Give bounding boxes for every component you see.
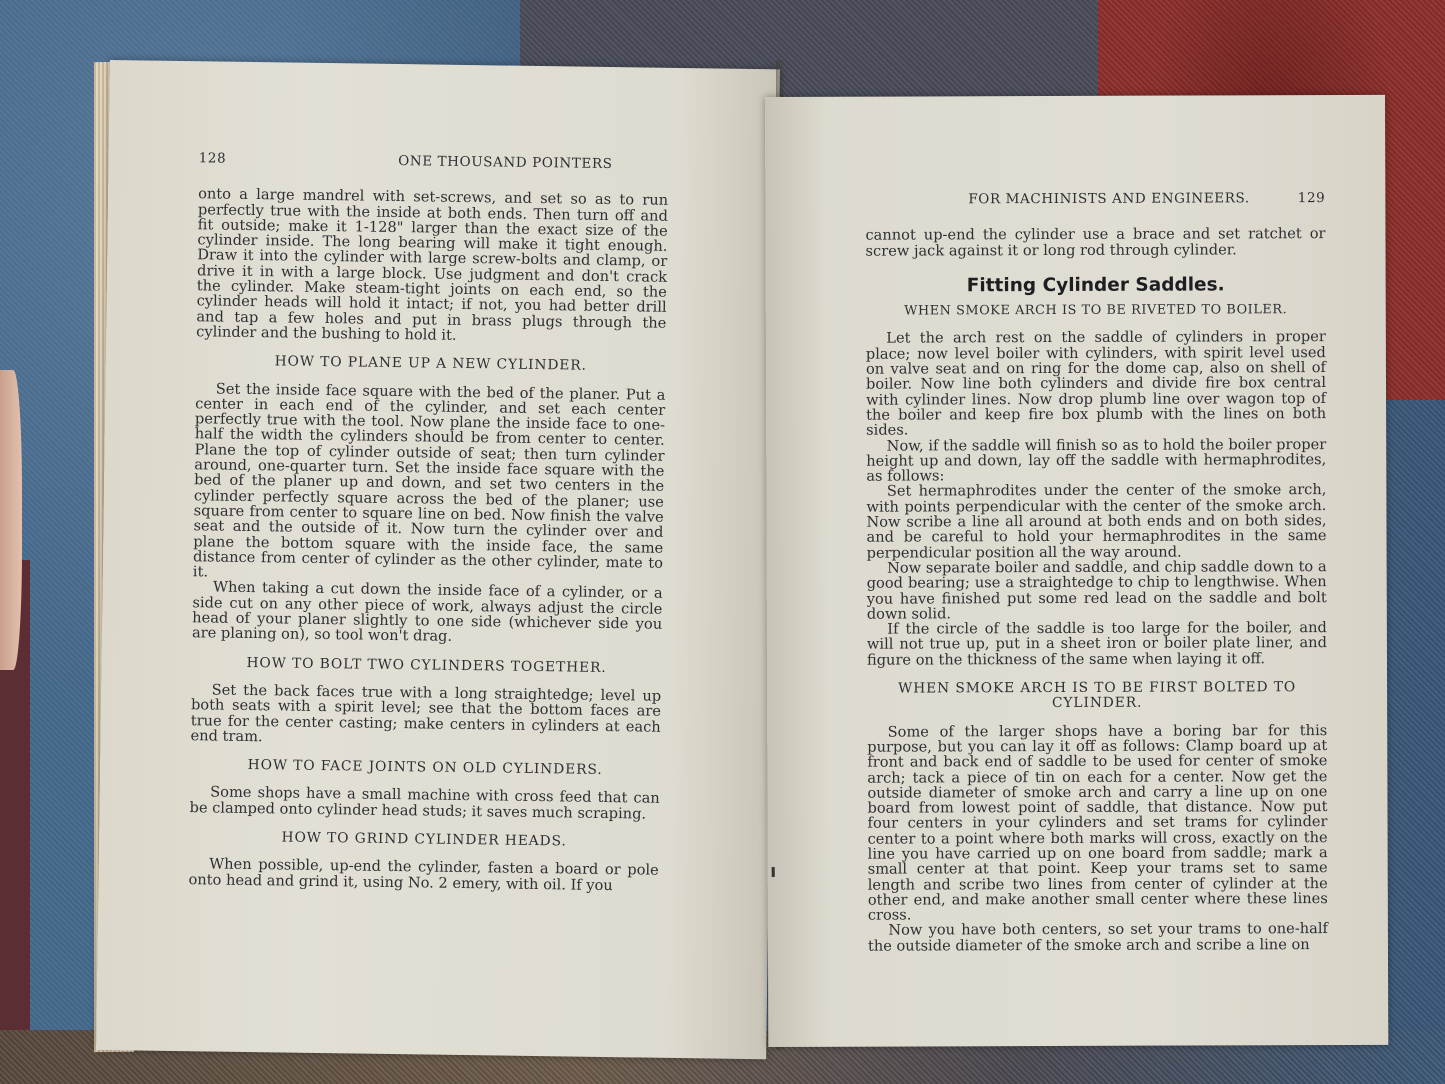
section-heading: HOW TO FACE JOINTS ON OLD CYLINDERS. [190,757,660,779]
left-page-content: 128 ONE THOUSAND POINTERS onto a large m… [188,151,668,893]
right-running-head: FOR MACHINISTS AND ENGINEERS. 129 [865,191,1325,208]
page-number: 128 [199,151,227,167]
paragraph: Some of the larger shops have a boring b… [867,723,1328,923]
paragraph: When taking a cut down the inside face o… [192,580,663,648]
background-fabric-right [1380,400,1445,1084]
paragraph: When possible, up-end the cylinder, fast… [188,856,658,893]
paragraph: cannot up-end the cylinder use a brace a… [865,226,1325,258]
running-title: FOR MACHINISTS AND ENGINEERS. [865,191,1297,208]
right-page: FOR MACHINISTS AND ENGINEERS. 129 cannot… [765,95,1388,1047]
left-running-head: 128 ONE THOUSAND POINTERS [199,151,669,173]
section-heading: WHEN SMOKE ARCH IS TO BE FIRST BOLTED TO… [867,680,1327,712]
page-number: 129 [1298,191,1326,206]
paragraph: onto a large mandrel with set-screws, an… [196,187,668,347]
paragraph: Some shops have a small machine with cro… [189,785,659,822]
chapter-title: Fitting Cylinder Saddles. [866,277,1326,294]
section-heading: HOW TO PLANE UP A NEW CYLINDER. [196,353,666,375]
section-heading: WHEN SMOKE ARCH IS TO BE RIVETED TO BOIL… [866,302,1326,319]
paragraph: If the circle of the saddle is too large… [867,620,1327,667]
left-page: 128 ONE THOUSAND POINTERS onto a large m… [96,60,780,1059]
paper-blemish [772,867,775,877]
right-page-content: FOR MACHINISTS AND ENGINEERS. 129 cannot… [865,191,1328,954]
paragraph: Set the inside face square with the bed … [193,381,666,586]
paragraph: Let the arch rest on the saddle of cylin… [866,330,1326,439]
section-heading: HOW TO BOLT TWO CYLINDERS TOGETHER. [191,655,661,677]
running-title: ONE THOUSAND POINTERS [312,153,669,173]
paragraph: Now separate boiler and saddle, and chip… [867,559,1327,622]
section-heading: HOW TO GRIND CYLINDER HEADS. [189,829,659,851]
paragraph: Now you have both centers, so set your t… [868,922,1328,954]
holding-hand [0,370,22,670]
paragraph: Set the back faces true with a long stra… [190,682,661,750]
paragraph: Now, if the saddle will finish so as to … [866,437,1326,484]
paragraph: Set hermaphrodites under the center of t… [866,482,1326,560]
